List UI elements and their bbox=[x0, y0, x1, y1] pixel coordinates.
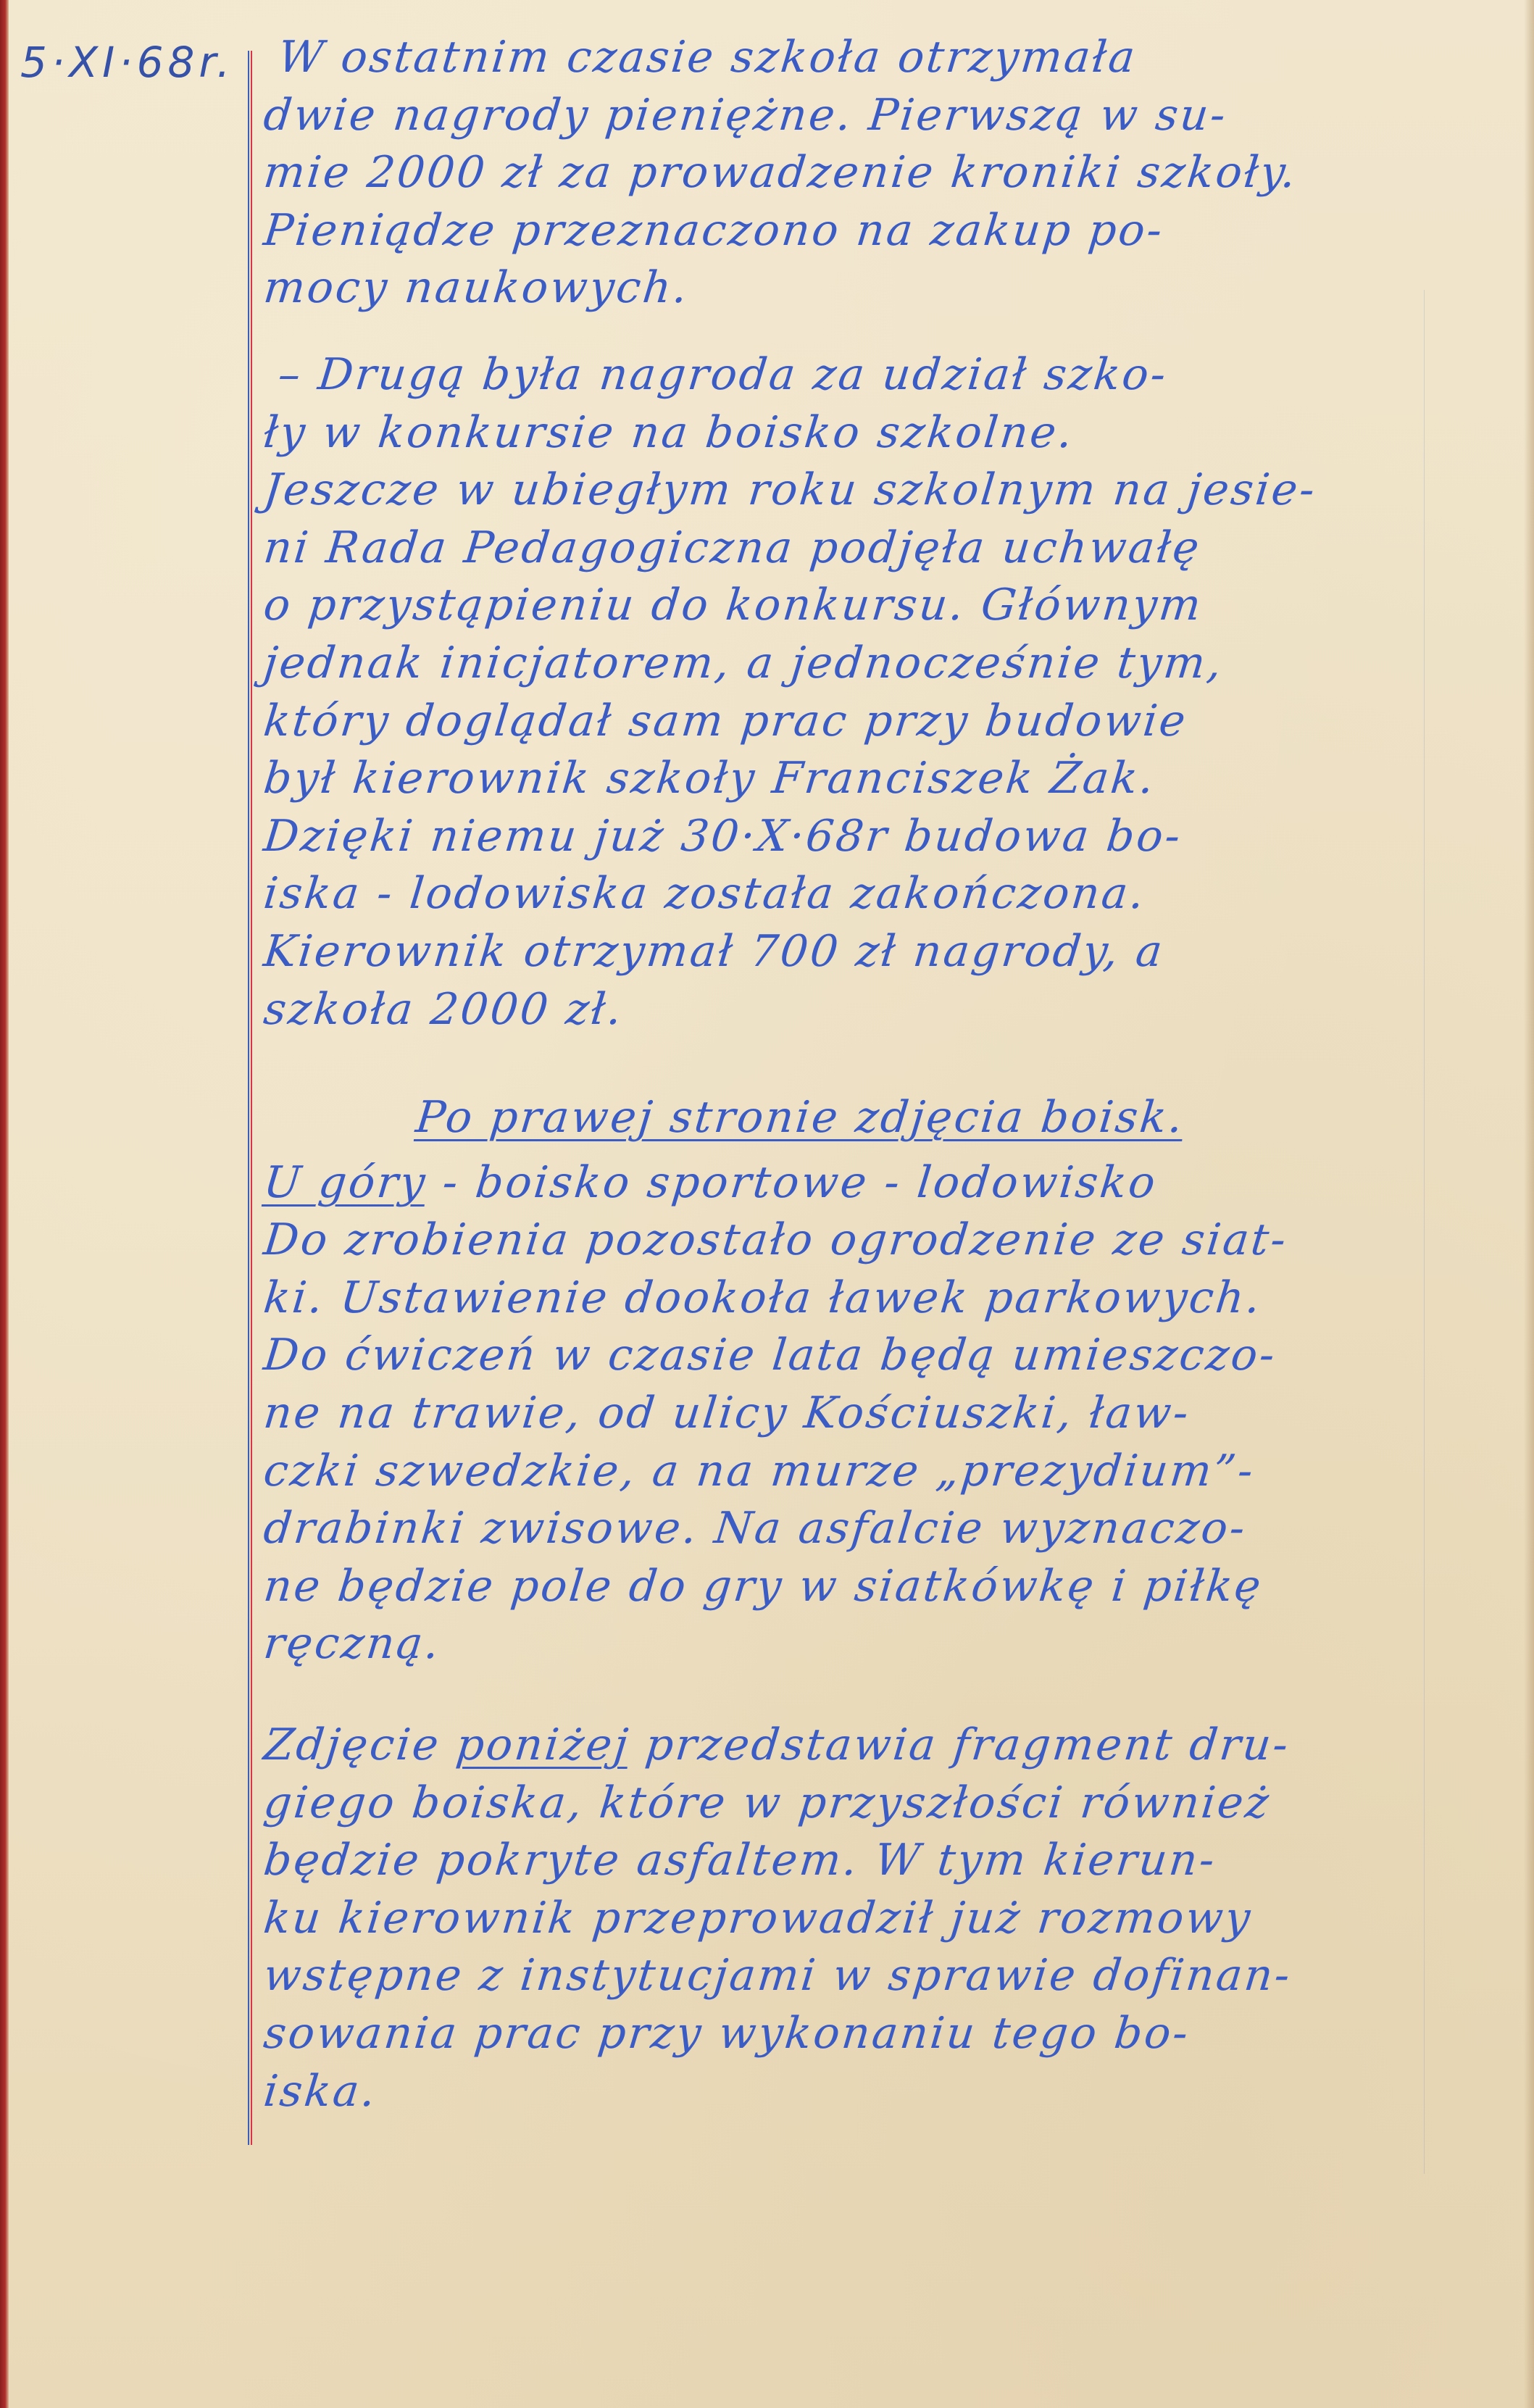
line-rest: - boisko sportowe - lodowisko bbox=[424, 1157, 1159, 1208]
underlined-phrase: U góry bbox=[262, 1157, 430, 1208]
text-line: drabinki zwisowe. Na asfalcie wyznaczo- bbox=[261, 1500, 1441, 1558]
text-line: mie 2000 zł za prowadzenie kroniki szkoł… bbox=[261, 144, 1441, 202]
text-line: będzie pokryte asfaltem. W tym kierun- bbox=[261, 1832, 1441, 1890]
text-line: ni Rada Pedagogiczna podjęła uchwałę bbox=[261, 520, 1441, 578]
margin-date: 5·XI·68r. bbox=[20, 38, 234, 87]
text-line: ne na trawie, od ulicy Kościuszki, ław- bbox=[261, 1385, 1441, 1443]
text-line: U góry - boisko sportowe - lodowisko bbox=[261, 1154, 1441, 1212]
underlined-phrase: poniżej bbox=[454, 1720, 632, 1770]
text-line: dwie nagrody pieniężne. Pierwszą w su- bbox=[261, 87, 1441, 145]
text-line: ły w konkursie na boisko szkolne. bbox=[261, 404, 1441, 462]
text-line: szkoła 2000 zł. bbox=[261, 981, 1441, 1039]
text-line: Pieniądze przeznaczono na zakup po- bbox=[261, 202, 1441, 260]
text-line: ręczną. bbox=[261, 1615, 1441, 1673]
text-line: Do ćwiczeń w czasie lata będą umieszczo- bbox=[261, 1327, 1441, 1385]
text-line: ki. Ustawienie dookoła ławek parkowych. bbox=[261, 1270, 1441, 1328]
red-binding-edge bbox=[0, 0, 9, 2408]
text-line: Jeszcze w ubiegłym roku szkolnym na jesi… bbox=[261, 462, 1441, 520]
text-line: był kierownik szkoły Franciszek Żak. bbox=[261, 750, 1441, 808]
line-pre: Zdjęcie bbox=[262, 1720, 459, 1770]
text-line: jednak inicjatorem, a jednocześnie tym, bbox=[261, 635, 1441, 693]
text-line: iska - lodowiska została zakończona. bbox=[261, 865, 1441, 923]
section-heading: Po prawej stronie zdjęcia boisk. bbox=[261, 1089, 1441, 1147]
text-line: Do zrobienia pozostało ogrodzenie ze sia… bbox=[261, 1212, 1441, 1270]
text-line: mocy naukowych. bbox=[261, 259, 1441, 317]
text-line: ku kierownik przeprowadził już rozmowy bbox=[261, 1890, 1441, 1948]
text-line: o przystąpieniu do konkursu. Głównym bbox=[261, 577, 1441, 635]
chronicle-page: 5·XI·68r. W ostatnim czasie szkoła otrzy… bbox=[0, 0, 1534, 2408]
text-line: Dzięki niemu już 30·X·68r budowa bo- bbox=[261, 808, 1441, 866]
text-line: iska. bbox=[261, 2063, 1441, 2121]
margin-line-blue bbox=[248, 51, 249, 2145]
margin-line-red bbox=[251, 51, 252, 2145]
text-line: Kierownik otrzymał 700 zł nagrody, a bbox=[261, 923, 1441, 981]
text-line: wstępne z instytucjami w sprawie dofinan… bbox=[261, 1947, 1441, 2005]
text-line: ne będzie pole do gry w siatkówkę i piłk… bbox=[261, 1558, 1441, 1616]
text-line: W ostatnim czasie szkoła otrzymała bbox=[261, 29, 1441, 87]
text-line: giego boiska, które w przyszłości równie… bbox=[261, 1775, 1441, 1833]
heading-text: Po prawej stronie zdjęcia boisk. bbox=[414, 1092, 1188, 1143]
text-line: czki szwedzkie, a na murze „prezydium”- bbox=[261, 1443, 1441, 1501]
text-line: który doglądał sam prac przy budowie bbox=[261, 693, 1441, 751]
text-line: Zdjęcie poniżej przedstawia fragment dru… bbox=[261, 1717, 1441, 1775]
text-line: – Drugą była nagroda za udział szko- bbox=[261, 346, 1441, 404]
page-right-edge bbox=[1524, 0, 1534, 2408]
text-line: sowania prac przy wykonaniu tego bo- bbox=[261, 2005, 1441, 2063]
handwritten-text: W ostatnim czasie szkoła otrzymała dwie … bbox=[261, 29, 1435, 2120]
line-rest: przedstawia fragment dru- bbox=[627, 1720, 1292, 1770]
